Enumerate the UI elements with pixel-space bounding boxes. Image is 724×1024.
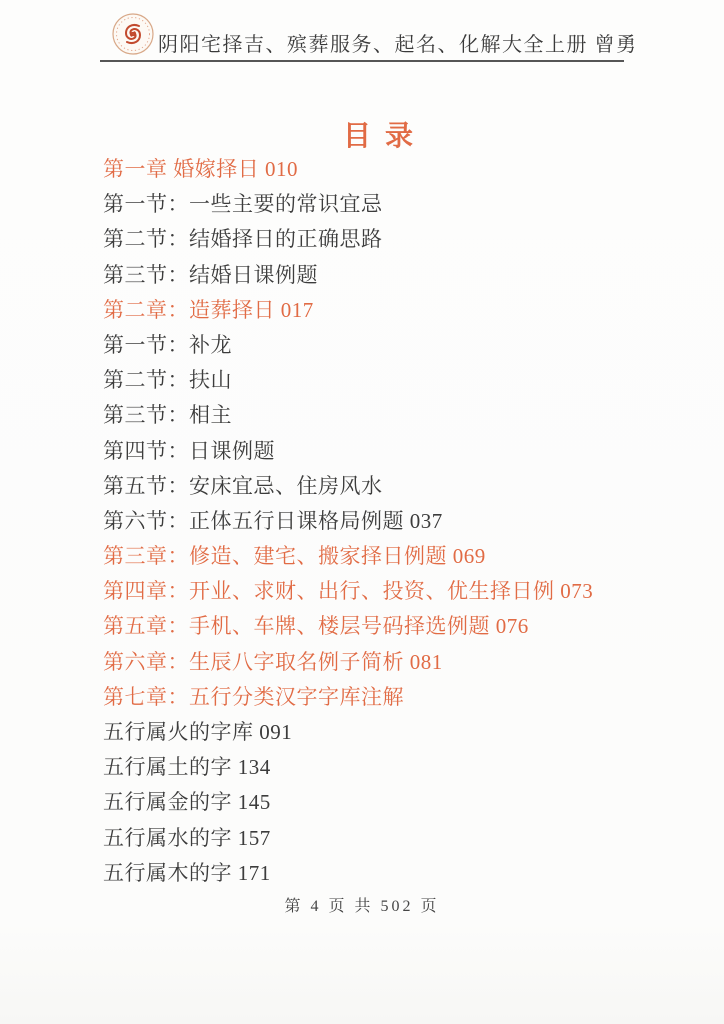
toc-entry: 第二节：扶山 — [103, 363, 663, 398]
page-header: 阴阳宅择吉、殡葬服务、起名、化解大全上册 曾勇 — [0, 0, 724, 64]
toc-entry: 第三节：相主 — [103, 398, 663, 433]
toc-entry: 五行属木的字 171 — [103, 856, 663, 891]
toc-title: 目录 — [0, 114, 724, 154]
toc-entry: 五行属火的字库 091 — [103, 715, 663, 750]
header-divider — [100, 60, 624, 62]
toc-entry: 第七章：五行分类汉字字库注解 — [103, 680, 663, 715]
toc-entry: 第一节：一些主要的常识宜忌 — [103, 187, 663, 222]
toc-entry: 第三章：修造、建宅、搬家择日例题 069 — [103, 539, 663, 574]
book-title: 阴阳宅择吉、殡葬服务、起名、化解大全上册 曾勇 — [158, 28, 628, 57]
toc-entry: 第五章：手机、车牌、楼层号码择选例题 076 — [103, 609, 663, 644]
seal-logo-icon — [112, 13, 154, 55]
toc-entry: 第三节：结婚日课例题 — [103, 258, 663, 293]
toc-entry: 五行属水的字 157 — [103, 821, 663, 856]
toc-entry: 第二章：造葬择日 017 — [103, 293, 663, 328]
toc-entry: 第四章：开业、求财、出行、投资、优生择日例 073 — [103, 574, 663, 609]
toc-entry: 第四节：日课例题 — [103, 434, 663, 469]
page-number: 第 4 页 共 502 页 — [0, 893, 724, 916]
toc-entry: 五行属土的字 134 — [103, 750, 663, 785]
toc-entry: 第六章：生辰八字取名例子简析 081 — [103, 645, 663, 680]
toc-entry: 第一节：补龙 — [103, 328, 663, 363]
toc-entry: 五行属金的字 145 — [103, 785, 663, 820]
scanned-page: 阴阳宅择吉、殡葬服务、起名、化解大全上册 曾勇 目录 第一章 婚嫁择日 010第… — [0, 0, 724, 1024]
toc-entry: 第六节：正体五行日课格局例题 037 — [103, 504, 663, 539]
toc-entry: 第五节：安床宜忌、住房风水 — [103, 469, 663, 504]
toc-list: 第一章 婚嫁择日 010第一节：一些主要的常识宜忌第二节：结婚择日的正确思路第三… — [103, 152, 663, 891]
toc-entry: 第二节：结婚择日的正确思路 — [103, 222, 663, 257]
toc-entry: 第一章 婚嫁择日 010 — [103, 152, 663, 187]
